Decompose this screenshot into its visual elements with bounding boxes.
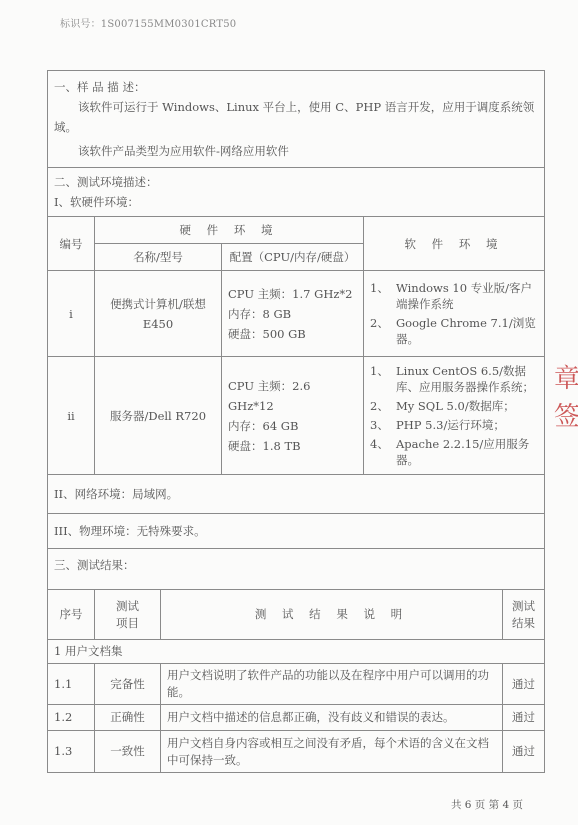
table-row: 1.1 完备性 用户文档说明了软件产品的功能以及在程序中用户可以调用的功能。 通…	[48, 664, 545, 705]
row-id: ii	[48, 357, 95, 475]
table-row: ii 服务器/Dell R720 CPU 主频：2.6 GHz*12 内存：64…	[48, 357, 545, 475]
row-desc: 用户文档自身内容或相互之间没有矛盾，每个术语的含义在文档中可保持一致。	[161, 731, 503, 773]
software-item: 4、Apache 2.2.15/应用服务器。	[370, 436, 538, 468]
results-table: 序号 测试项目 测 试 结 果 说 明 测试结果 1 用户文档集 1.1 完备性…	[47, 589, 545, 773]
row-no: 1.2	[48, 705, 95, 731]
table-row: 1.3 一致性 用户文档自身内容或相互之间没有矛盾，每个术语的含义在文档中可保持…	[48, 731, 545, 773]
config-memory: 内存：64 GB	[228, 416, 357, 436]
row-result: 通过	[503, 731, 545, 773]
subsection-title: I、软硬件环境：	[54, 192, 538, 212]
col-item-header: 测试项目	[95, 590, 161, 640]
col-no-header: 序号	[48, 590, 95, 640]
software-item: 2、Google Chrome 7.1/浏览器。	[370, 315, 538, 347]
row-no: 1.3	[48, 731, 95, 773]
software-list: 1、Linux CentOS 6.5/数据库、应用服务器操作系统； 2、My S…	[364, 357, 545, 475]
group-row: 1 用户文档集	[48, 640, 545, 664]
network-environment: II、网络环境：局域网。	[48, 475, 544, 514]
hw-name: 服务器/Dell R720	[95, 357, 222, 475]
red-stamp-mark: 章）签	[554, 360, 578, 500]
test-results-section: 三、测试结果： 序号 测试项目 测 试 结 果 说 明 测试结果 1 用户文档集…	[48, 549, 544, 773]
software-item: 1、Linux CentOS 6.5/数据库、应用服务器操作系统；	[370, 363, 538, 395]
col-id-header: 编号	[48, 217, 95, 271]
config-cpu: CPU 主频：2.6 GHz*12	[228, 376, 357, 416]
hw-name: 便携式计算机/联想 E450	[95, 271, 222, 357]
software-item: 2、My SQL 5.0/数据库；	[370, 398, 538, 414]
row-desc: 用户文档中描述的信息都正确，没有歧义和错误的表达。	[161, 705, 503, 731]
section-title: 三、测试结果：	[48, 549, 544, 581]
config-disk: 硬盘：1.8 TB	[228, 436, 357, 456]
config-cpu: CPU 主频：1.7 GHz*2	[228, 284, 357, 304]
col-desc-header: 测 试 结 果 说 明	[161, 590, 503, 640]
col-hardware-header: 硬 件 环 境	[95, 217, 364, 244]
section-title: 一、样 品 描 述：	[54, 77, 538, 97]
report-frame: 一、样 品 描 述： 该软件可运行于 Windows、Linux 平台上，使用 …	[47, 70, 545, 773]
row-no: 1.1	[48, 664, 95, 705]
software-list: 1、Windows 10 专业版/客户端操作系统 2、Google Chrome…	[364, 271, 545, 357]
row-desc: 用户文档说明了软件产品的功能以及在程序中用户可以调用的功能。	[161, 664, 503, 705]
col-hw-config-header: 配置（CPU/内存/硬盘）	[222, 244, 364, 271]
row-id: i	[48, 271, 95, 357]
software-item: 1、Windows 10 专业版/客户端操作系统	[370, 280, 538, 312]
hw-config: CPU 主频：1.7 GHz*2 内存：8 GB 硬盘：500 GB	[222, 271, 364, 357]
page-number: 共 6 页 第 4 页	[451, 797, 523, 812]
config-disk: 硬盘：500 GB	[228, 324, 357, 344]
description-paragraph: 该软件可运行于 Windows、Linux 平台上，使用 C、PHP 语言开发，…	[54, 97, 538, 137]
hw-config: CPU 主频：2.6 GHz*12 内存：64 GB 硬盘：1.8 TB	[222, 357, 364, 475]
col-software-header: 软 件 环 境	[364, 217, 545, 271]
product-type-paragraph: 该软件产品类型为应用软件-网络应用软件	[54, 141, 538, 161]
row-item: 正确性	[95, 705, 161, 731]
table-row: 1.2 正确性 用户文档中描述的信息都正确，没有歧义和错误的表达。 通过	[48, 705, 545, 731]
document-id: 标识号：1S007155MM0301CRT50	[60, 15, 236, 30]
row-result: 通过	[503, 705, 545, 731]
config-memory: 内存：8 GB	[228, 304, 357, 324]
col-hw-name-header: 名称/型号	[95, 244, 222, 271]
sample-description-section: 一、样 品 描 述： 该软件可运行于 Windows、Linux 平台上，使用 …	[48, 71, 544, 168]
table-row: i 便携式计算机/联想 E450 CPU 主频：1.7 GHz*2 内存：8 G…	[48, 271, 545, 357]
environment-table: 编号 硬 件 环 境 软 件 环 境 名称/型号 配置（CPU/内存/硬盘） i…	[47, 216, 545, 475]
physical-environment: III、物理环境：无特殊要求。	[48, 514, 544, 549]
row-result: 通过	[503, 664, 545, 705]
section-title: 二、测试环境描述：	[54, 172, 538, 192]
test-environment-section: 二、测试环境描述： I、软硬件环境： 编号 硬 件 环 境 软 件 环 境 名称…	[48, 168, 544, 549]
col-result-header: 测试结果	[503, 590, 545, 640]
software-item: 3、PHP 5.3/运行环境；	[370, 417, 538, 433]
row-item: 完备性	[95, 664, 161, 705]
row-item: 一致性	[95, 731, 161, 773]
